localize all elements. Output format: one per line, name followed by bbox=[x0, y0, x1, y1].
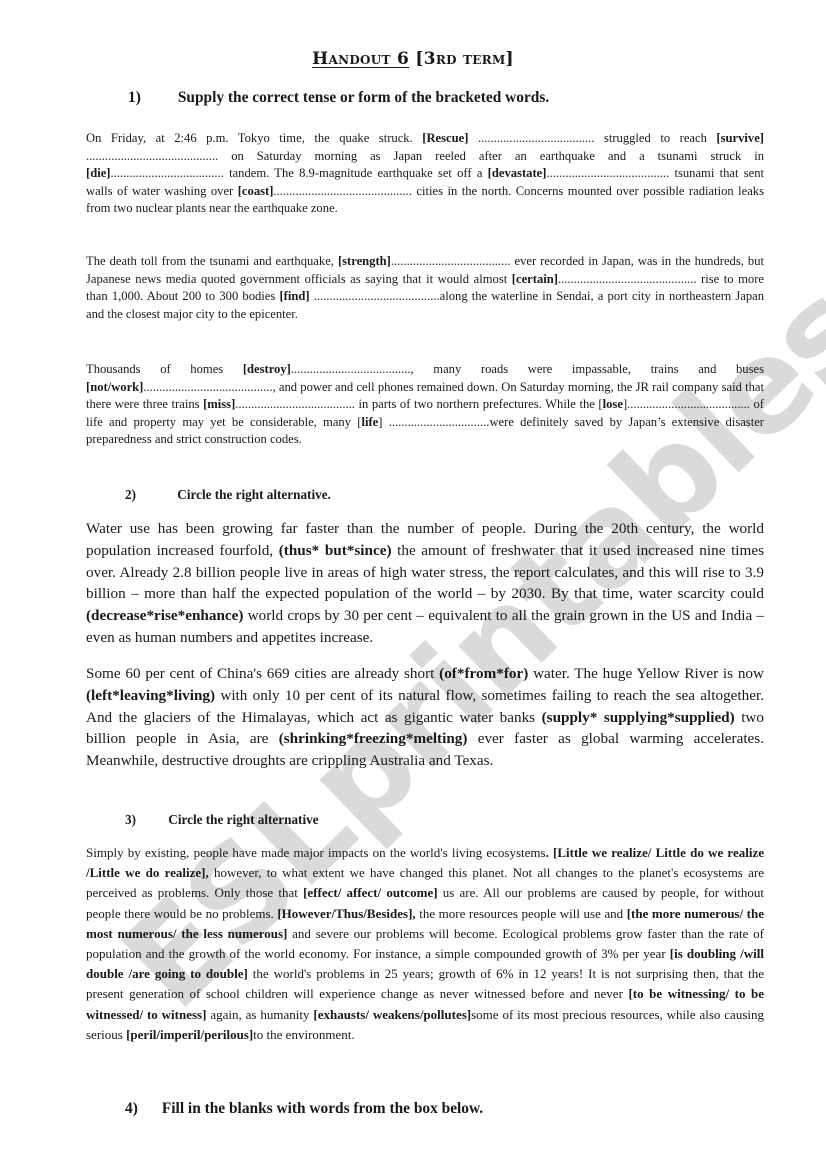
text-run: The death toll from the tsunami and eart… bbox=[86, 254, 338, 268]
bracketed-prompt: [devastate] bbox=[488, 166, 547, 180]
bracketed-prompt: [coast] bbox=[238, 184, 274, 198]
section-instruction: Circle the right alternative bbox=[168, 812, 318, 827]
section-3-paragraph-1: Simply by existing, people have made maj… bbox=[86, 843, 764, 1045]
bracketed-prompt: [survive] bbox=[716, 131, 764, 145]
text-run: On Friday, at 2:46 p.m. Tokyo time, the … bbox=[86, 131, 422, 145]
bracketed-prompt: (left*leaving*living) bbox=[86, 687, 215, 704]
bracketed-prompt: [miss] bbox=[203, 397, 235, 411]
section-2-heading: 2) Circle the right alternative. bbox=[125, 487, 331, 503]
text-run: ...................................... i… bbox=[235, 397, 602, 411]
bracketed-prompt: [strength] bbox=[338, 254, 391, 268]
text-run: Thousands of homes bbox=[86, 362, 243, 376]
section-number: 1) bbox=[128, 89, 174, 107]
text-run: ......................................, … bbox=[291, 362, 764, 376]
bracketed-prompt: [find] bbox=[279, 289, 309, 303]
section-2-paragraph-2: Some 60 per cent of China's 669 cities a… bbox=[86, 663, 764, 772]
section-1-paragraph-3: Thousands of homes [destroy]............… bbox=[86, 361, 764, 449]
text-run: ..................................... st… bbox=[468, 131, 716, 145]
bracketed-prompt: (thus* but*since) bbox=[279, 542, 392, 559]
text-run: ........................................… bbox=[86, 149, 764, 163]
worksheet-page: ESLprintables.com Handout 6 [3rd term] 1… bbox=[0, 0, 826, 1169]
bracketed-prompt: (shrinking*freezing*melting) bbox=[279, 730, 468, 747]
section-number: 4) bbox=[125, 1100, 158, 1118]
bracketed-prompt: (decrease*rise*enhance) bbox=[86, 607, 243, 624]
text-run: the more resources people will use and bbox=[416, 906, 627, 921]
text-run: to the environment. bbox=[253, 1027, 354, 1042]
text-run: again, as humanity bbox=[206, 1007, 313, 1022]
section-3-heading: 3) Circle the right alternative bbox=[125, 812, 319, 828]
text-run: Simply by existing, people have made maj… bbox=[86, 845, 546, 860]
bracketed-prompt: [exhausts/ weakens/pollutes] bbox=[313, 1007, 471, 1022]
section-number: 3) bbox=[125, 812, 165, 828]
section-instruction: Fill in the blanks with words from the b… bbox=[162, 1100, 483, 1117]
bracketed-prompt: [effect/ affect/ outcome] bbox=[303, 885, 438, 900]
section-4-heading: 4) Fill in the blanks with words from th… bbox=[125, 1100, 483, 1118]
title-suffix: [3rd term] bbox=[415, 49, 514, 69]
bracketed-prompt: [not/work] bbox=[86, 380, 143, 394]
bracketed-prompt: [However/Thus/Besides], bbox=[277, 906, 415, 921]
title-main: Handout 6 bbox=[312, 49, 409, 69]
bracketed-prompt: [peril/imperil/perilous] bbox=[126, 1027, 253, 1042]
section-instruction: Circle the right alternative. bbox=[177, 487, 331, 502]
text-run: water. The huge Yellow River is now bbox=[528, 665, 764, 682]
section-number: 2) bbox=[125, 487, 174, 503]
section-instruction: Supply the correct tense or form of the … bbox=[178, 89, 549, 106]
bracketed-prompt: (supply* supplying*supplied) bbox=[542, 709, 735, 726]
section-1-paragraph-2: The death toll from the tsunami and eart… bbox=[86, 253, 764, 323]
bracketed-prompt: (of*from*for) bbox=[439, 665, 528, 682]
text-run: .................................... tan… bbox=[110, 166, 487, 180]
bracketed-prompt: [Rescue] bbox=[422, 131, 468, 145]
bracketed-prompt: life bbox=[361, 415, 378, 429]
bracketed-prompt: [die] bbox=[86, 166, 110, 180]
text-run: Some 60 per cent of China's 669 cities a… bbox=[86, 665, 439, 682]
section-2-paragraph-1: Water use has been growing far faster th… bbox=[86, 518, 764, 649]
bracketed-prompt: [destroy] bbox=[243, 362, 291, 376]
section-1-paragraph-1: On Friday, at 2:46 p.m. Tokyo time, the … bbox=[86, 130, 764, 218]
bracketed-prompt: lose bbox=[603, 397, 623, 411]
page-title: Handout 6 [3rd term] bbox=[0, 49, 826, 69]
section-1-heading: 1) Supply the correct tense or form of t… bbox=[128, 89, 549, 107]
bracketed-prompt: [certain] bbox=[512, 272, 558, 286]
